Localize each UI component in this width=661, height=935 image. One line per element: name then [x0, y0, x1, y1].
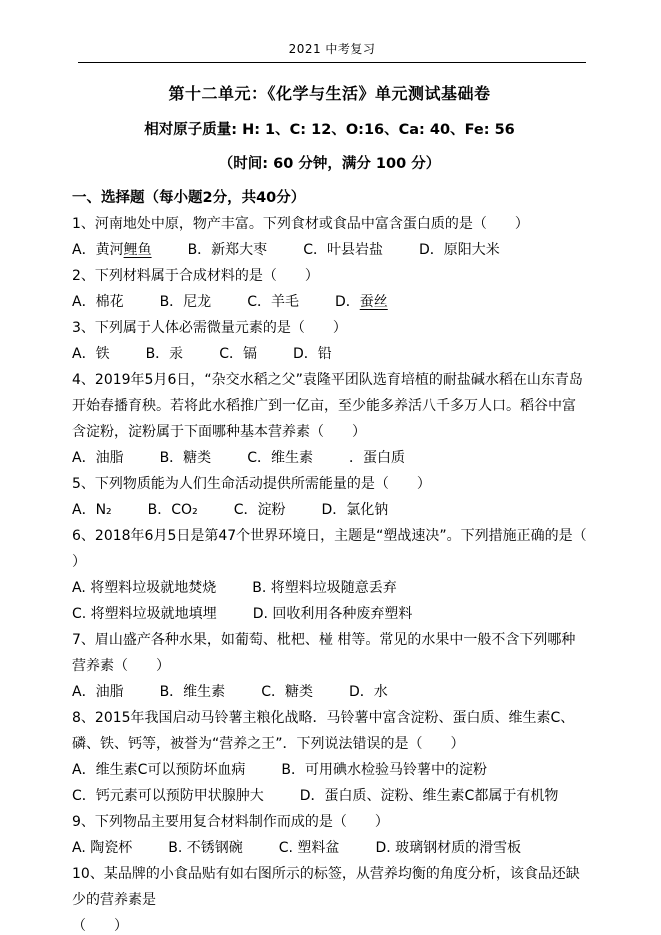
document-body: 第十二单元：《化学与生活》单元测试基础卷 相对原子质量: H: 1、C: 12、… [0, 63, 661, 935]
option-text: A. 陶瓷杯 [72, 840, 132, 856]
question-8-option: C．钙元素可以预防甲状腺肿大 [72, 783, 264, 809]
option-text: ．蛋白质 [349, 450, 405, 466]
question-3-stem: 3、下列属于人体必需微量元素的是（ ） [72, 315, 587, 341]
question-3-option: A．铁 [72, 341, 110, 367]
question-5-option: C．淀粉 [234, 497, 286, 523]
option-text: B．尼龙 [160, 294, 212, 310]
question-2-option: D．蚕丝 [335, 289, 388, 315]
option-text: B．可用碘水检验马铃薯中的淀粉 [281, 762, 487, 778]
option-text: B．维生素 [160, 684, 226, 700]
question-9-option: A. 陶瓷杯 [72, 835, 132, 861]
question-9-option: D. 玻璃钢材质的滑雪板 [375, 835, 521, 861]
question-4-option: C．维生素 [247, 445, 313, 471]
document-page: 2021 中考复习 第十二单元：《化学与生活》单元测试基础卷 相对原子质量: H… [0, 0, 661, 935]
question-7-option: C．糖类 [261, 679, 313, 705]
question-3-option: C．镉 [219, 341, 257, 367]
question-6-options: C. 将塑料垃圾就地填埋D. 回收利用各种废弃塑料 [72, 601, 587, 627]
question-6-options: A. 将塑料垃圾就地焚烧B. 将塑料垃圾随意丢弃 [72, 575, 587, 601]
question-1-option: B．新郑大枣 [188, 237, 268, 263]
atomic-mass-line: 相对原子质量: H: 1、C: 12、O:16、Ca: 40、Fe: 56 [72, 118, 587, 139]
question-6-option: A. 将塑料垃圾就地焚烧 [72, 575, 216, 601]
option-text: A．N₂ [72, 502, 112, 518]
option-text: C．糖类 [261, 684, 313, 700]
question-6-option: D. 回收利用各种废弃塑料 [253, 601, 413, 627]
option-text: C．维生素 [247, 450, 313, 466]
option-text: D．铅 [293, 346, 332, 362]
question-8-option: A．维生素C可以预防坏血病 [72, 757, 245, 783]
option-text: A. 将塑料垃圾就地焚烧 [72, 580, 216, 596]
question-6-option: B. 将塑料垃圾随意丢弃 [252, 575, 397, 601]
question-5-option: D．氯化钠 [321, 497, 388, 523]
exam-info-line: （时间: 60 分钟，满分 100 分） [72, 152, 587, 173]
question-4-option: ．蛋白质 [349, 445, 405, 471]
question-3-option: B．汞 [146, 341, 184, 367]
option-text: C. 塑料盆 [279, 840, 340, 856]
option-text: A．棉花 [72, 294, 124, 310]
page-header: 2021 中考复习 [78, 40, 586, 63]
option-text: D. 回收利用各种废弃塑料 [253, 606, 413, 622]
question-7-option: A．油脂 [72, 679, 124, 705]
option-text: C．叶县岩盐 [303, 242, 383, 258]
option-text: D．氯化钠 [321, 502, 388, 518]
question-2-option: A．棉花 [72, 289, 124, 315]
question-10-stem: 10、某品牌的小食品贴有如右图所示的标签，从营养均衡的角度分析，该食品还缺少的营… [72, 861, 587, 913]
option-text: B. 不锈钢碗 [168, 840, 243, 856]
option-text: D. 玻璃钢材质的滑雪板 [375, 840, 521, 856]
question-2-options: A．棉花B．尼龙C．羊毛D．蚕丝 [72, 289, 587, 315]
question-7-option: D．水 [349, 679, 388, 705]
question-9-option: B. 不锈钢碗 [168, 835, 243, 861]
option-text: C．钙元素可以预防甲状腺肿大 [72, 788, 264, 804]
question-3-option: D．铅 [293, 341, 332, 367]
option-text: B．汞 [146, 346, 184, 362]
option-text-underlined: 鲤鱼 [124, 242, 152, 258]
option-text: A．维生素C可以预防坏血病 [72, 762, 245, 778]
question-4-options: A．油脂B．糖类C．维生素．蛋白质 [72, 445, 587, 471]
question-3-options: A．铁B．汞C．镉D．铅 [72, 341, 587, 367]
option-text: A．黄河 [72, 242, 124, 258]
question-8-stem: 8、2015年我国启动马铃薯主粮化战略．马铃薯中富含淀粉、蛋白质、维生素C、磷、… [72, 705, 587, 757]
option-text: C. 将塑料垃圾就地填埋 [72, 606, 217, 622]
question-1-option: C．叶县岩盐 [303, 237, 383, 263]
option-text: B．糖类 [160, 450, 212, 466]
question-10-answer-blank: （ ） [72, 913, 587, 935]
question-5-stem: 5、下列物质能为人们生命活动提供所需能量的是（ ） [72, 471, 587, 497]
question-2-option: B．尼龙 [160, 289, 212, 315]
option-text-underlined: 蚕丝 [360, 294, 388, 310]
question-9-options: A. 陶瓷杯B. 不锈钢碗C. 塑料盆D. 玻璃钢材质的滑雪板 [72, 835, 587, 861]
question-9-stem: 9、下列物品主要用复合材料制作而成的是（ ） [72, 809, 587, 835]
question-1-option: D．原阳大米 [419, 237, 500, 263]
exam-title: 第十二单元：《化学与生活》单元测试基础卷 [72, 81, 587, 104]
question-8-options: C．钙元素可以预防甲状腺肿大D．蛋白质、淀粉、维生素C都属于有机物 [72, 783, 587, 809]
question-6-stem: 6、2018年6月5日是第47个世界环境日，主题是“塑战速决”。下列措施正确的是… [72, 523, 587, 575]
question-8-option: D．蛋白质、淀粉、维生素C都属于有机物 [300, 783, 559, 809]
question-7-stem: 7、眉山盛产各种水果，如葡萄、枇杷、椪 柑等。常见的水果中一般不含下列哪种营养素… [72, 627, 587, 679]
question-6-option: C. 将塑料垃圾就地填埋 [72, 601, 217, 627]
question-9-option: C. 塑料盆 [279, 835, 340, 861]
option-text: D．水 [349, 684, 388, 700]
question-1-option: A．黄河鲤鱼 [72, 237, 152, 263]
question-2-stem: 2、下列材料属于合成材料的是（ ） [72, 263, 587, 289]
question-7-options: A．油脂B．维生素C．糖类D．水 [72, 679, 587, 705]
question-4-stem: 4、2019年5月6日，“杂交水稻之父”袁隆平团队选育培植的耐盐碱水稻在山东青岛… [72, 367, 587, 445]
question-1-stem: 1、河南地处中原，物产丰富。下列食材或食品中富含蛋白质的是（ ） [72, 211, 587, 237]
question-1-options: A．黄河鲤鱼B．新郑大枣C．叶县岩盐D．原阳大米 [72, 237, 587, 263]
option-text: C．淀粉 [234, 502, 286, 518]
option-text: B. 将塑料垃圾随意丢弃 [252, 580, 397, 596]
header-note: 2021 中考复习 [78, 40, 586, 57]
option-text: C．镉 [219, 346, 257, 362]
question-5-option: A．N₂ [72, 497, 112, 523]
option-text: D． [335, 294, 360, 310]
option-text: D．蛋白质、淀粉、维生素C都属于有机物 [300, 788, 559, 804]
option-text: A．油脂 [72, 684, 124, 700]
option-text: A．油脂 [72, 450, 124, 466]
option-text: D．原阳大米 [419, 242, 500, 258]
question-7-option: B．维生素 [160, 679, 226, 705]
question-8-options: A．维生素C可以预防坏血病B．可用碘水检验马铃薯中的淀粉 [72, 757, 587, 783]
question-list: 1、河南地处中原，物产丰富。下列食材或食品中富含蛋白质的是（ ）A．黄河鲤鱼B．… [72, 211, 587, 935]
question-5-options: A．N₂B．CO₂C．淀粉D．氯化钠 [72, 497, 587, 523]
option-text: B．CO₂ [148, 502, 198, 518]
section-heading: 一、选择题（每小题2分，共40分） [72, 185, 587, 211]
question-4-option: A．油脂 [72, 445, 124, 471]
option-text: C．羊毛 [247, 294, 299, 310]
question-8-option: B．可用碘水检验马铃薯中的淀粉 [281, 757, 487, 783]
option-text: B．新郑大枣 [188, 242, 268, 258]
option-text: A．铁 [72, 346, 110, 362]
question-5-option: B．CO₂ [148, 497, 198, 523]
question-2-option: C．羊毛 [247, 289, 299, 315]
question-4-option: B．糖类 [160, 445, 212, 471]
